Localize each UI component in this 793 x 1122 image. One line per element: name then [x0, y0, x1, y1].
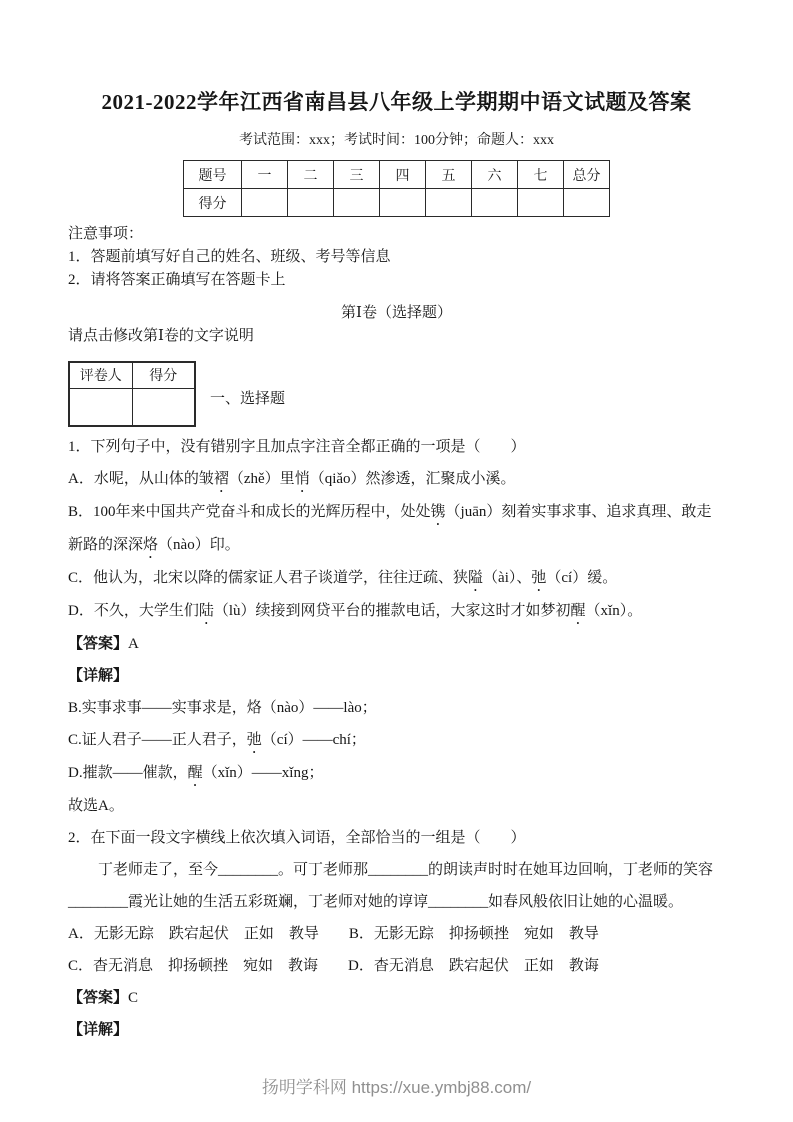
score-empty-cell: [472, 189, 518, 217]
notice-item: 1．答题前填写好自己的姓名、班级、考号等信息: [68, 246, 725, 269]
page-title: 2021-2022学年江西省南昌县八年级上学期期中语文试题及答案: [68, 88, 725, 116]
question-1-explain-line: B.实事求事——实事求是，烙（nào）——lào；: [68, 692, 725, 724]
emphasized-char: 弛: [531, 570, 546, 586]
notice-block: 注意事项： 1．答题前填写好自己的姓名、班级、考号等信息 2．请将答案正确填写在…: [68, 223, 725, 292]
score-empty-cell: [288, 189, 334, 217]
explain-label: 【详解】: [68, 668, 128, 684]
emphasized-char: 醒: [188, 765, 203, 781]
volume-title: 第Ⅰ卷（选择题）: [68, 302, 725, 325]
answer-value: C: [128, 990, 138, 1006]
score-header-cell: 题号: [184, 161, 242, 189]
emphasized-char: 醒: [571, 603, 586, 619]
question-1-option-a: A．水呢，从山体的皱褶（zhě）里悄（qiǎo）然渗透，汇聚成小溪。: [68, 463, 725, 496]
question-1-explain-conclusion: 故选A。: [68, 790, 725, 822]
grader-header-cell: 评卷人: [69, 362, 132, 388]
question-2-options-cd: C．杳无消息 抑扬顿挫 宛如 教诲 D．杳无消息 跌宕起伏 正如 教诲: [68, 950, 725, 982]
grader-header-cell: 得分: [132, 362, 195, 388]
question-2-stem: 2．在下面一段文字横线上依次填入词语，全部恰当的一组是（ ）: [68, 822, 725, 854]
notice-heading: 注意事项：: [68, 223, 725, 246]
grader-section: 评卷人 得分 一、选择题: [68, 361, 725, 431]
grader-score-table: 评卷人 得分: [68, 361, 196, 427]
score-header-cell: 二: [288, 161, 334, 189]
question-2-answer-line: 【答案】C: [68, 982, 725, 1014]
question-1-explain-label: 【详解】: [68, 660, 725, 692]
score-table-value-row: 得分: [184, 189, 610, 217]
emphasized-char: 烙: [143, 537, 158, 553]
question-2-explain-label: 【详解】: [68, 1014, 725, 1046]
answer-label: 【答案】: [68, 990, 128, 1006]
score-header-cell: 七: [518, 161, 564, 189]
question-2-options-ab: A．无影无踪 跌宕起伏 正如 教导 B．无影无踪 抑扬顿挫 宛如 教导: [68, 918, 725, 950]
question-1-explain-line: C.证人君子——正人君子，弛（cí）——chí；: [68, 724, 725, 757]
grader-empty-cell: [132, 388, 195, 426]
exam-meta-line: 考试范围：xxx；考试时间：100分钟；命题人：xxx: [68, 132, 725, 150]
score-table-header-row: 题号 一 二 三 四 五 六 七 总分: [184, 161, 610, 189]
score-empty-cell: [518, 189, 564, 217]
volume-edit-hint: 请点击修改第Ⅰ卷的文字说明: [68, 325, 725, 348]
notice-item: 2．请将答案正确填写在答题卡上: [68, 269, 725, 292]
score-header-cell: 四: [380, 161, 426, 189]
score-header-cell: 五: [426, 161, 472, 189]
question-1-option-b: B．100年来中国共产党奋斗和成长的光辉历程中，处处镌（juān）刻着实事求事、…: [68, 496, 725, 562]
grader-table-value-row: [69, 388, 195, 426]
emphasized-char: 镌: [431, 504, 446, 520]
answer-value: A: [128, 636, 139, 652]
score-header-cell: 一: [242, 161, 288, 189]
explain-label: 【详解】: [68, 1022, 128, 1038]
score-header-cell: 六: [472, 161, 518, 189]
questions-area: 1．下列句子中，没有错别字且加点字注音全都正确的一项是（ ） A．水呢，从山体的…: [68, 431, 725, 1046]
score-empty-cell: [564, 189, 610, 217]
question-1-option-c: C．他认为，北宋以降的儒家证人君子谈道学，往往迂疏、狭隘（ài）、弛（cí）缓。: [68, 562, 725, 595]
emphasized-char: 弛: [247, 732, 262, 748]
emphasized-char: 悄: [295, 471, 310, 487]
score-header-cell: 总分: [564, 161, 610, 189]
question-1-answer-line: 【答案】A: [68, 628, 725, 660]
watermark-footer: 扬明学科网 https://xue.ymbj88.com/: [0, 1078, 793, 1098]
section-heading: 一、选择题: [210, 387, 285, 408]
question-1-explain-line: D.摧款——催款，醒（xǐn）——xǐng；: [68, 757, 725, 790]
score-empty-cell: [334, 189, 380, 217]
score-summary-table: 题号 一 二 三 四 五 六 七 总分 得分: [183, 160, 610, 217]
grader-table-header-row: 评卷人 得分: [69, 362, 195, 388]
score-empty-cell: [380, 189, 426, 217]
score-header-cell: 三: [334, 161, 380, 189]
score-row-label: 得分: [184, 189, 242, 217]
grader-empty-cell: [69, 388, 132, 426]
score-empty-cell: [426, 189, 472, 217]
emphasized-char: 褶: [214, 471, 229, 487]
question-2-passage: 丁老师走了，至今________。可丁老师那________的朗读声时时在她耳边…: [68, 854, 725, 918]
exam-document-page: 2021-2022学年江西省南昌县八年级上学期期中语文试题及答案 考试范围：xx…: [0, 0, 793, 1122]
question-1-stem: 1．下列句子中，没有错别字且加点字注音全都正确的一项是（ ）: [68, 431, 725, 463]
emphasized-char: 隘: [468, 570, 483, 586]
emphasized-char: 陆: [199, 603, 214, 619]
answer-label: 【答案】: [68, 636, 128, 652]
question-1-option-d: D．不久，大学生们陆（lù）续接到网贷平台的摧款电话，大家这时才如梦初醒（xǐn…: [68, 595, 725, 628]
score-empty-cell: [242, 189, 288, 217]
